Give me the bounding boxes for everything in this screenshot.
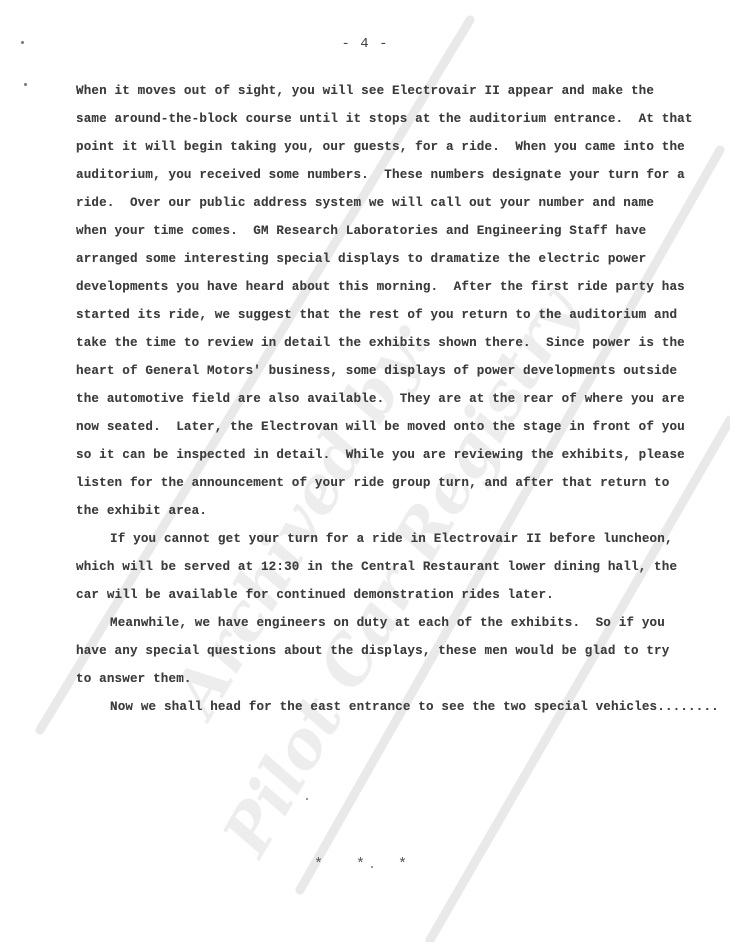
text-line: heart of General Motors' business, some … — [76, 364, 677, 378]
text-line: ride. Over our public address system we … — [76, 196, 654, 210]
footer-star: * — [398, 856, 407, 873]
scan-mark — [371, 866, 373, 868]
text-line: the automotive field are also available.… — [76, 392, 685, 406]
text-line: car will be available for continued demo… — [76, 588, 554, 602]
text-line: arranged some interesting special displa… — [76, 252, 646, 266]
text-line: same around-the-block course until it st… — [76, 112, 693, 126]
text-line: take the time to review in detail the ex… — [76, 336, 685, 350]
text-line: now seated. Later, the Electrovan will b… — [76, 420, 685, 434]
text-line: When it moves out of sight, you will see… — [76, 84, 654, 98]
text-line: listen for the announcement of your ride… — [76, 476, 669, 490]
text-line: which will be served at 12:30 in the Cen… — [76, 560, 677, 574]
text-line: to answer them. — [76, 672, 192, 686]
footer-star: * — [314, 856, 323, 873]
page-number: - 4 - — [0, 36, 730, 52]
text-line: point it will begin taking you, our gues… — [76, 140, 685, 154]
text-line: have any special questions about the dis… — [76, 644, 669, 658]
scan-mark — [24, 83, 27, 86]
scan-mark — [306, 798, 308, 800]
text-line: developments you have heard about this m… — [76, 280, 685, 294]
text-line: so it can be inspected in detail. While … — [76, 448, 685, 462]
text-line: the exhibit area. — [76, 504, 207, 518]
text-line: Now we shall head for the east entrance … — [110, 700, 719, 714]
text-line: auditorium, you received some numbers. T… — [76, 168, 685, 182]
text-line: If you cannot get your turn for a ride i… — [110, 532, 673, 546]
document-page: Archived by: Pilot Car Registry - 4 - Wh… — [0, 0, 730, 942]
text-line: when your time comes. GM Research Labora… — [76, 224, 646, 238]
footer-star: * — [356, 856, 365, 873]
text-line: Meanwhile, we have engineers on duty at … — [110, 616, 665, 630]
text-line: started its ride, we suggest that the re… — [76, 308, 677, 322]
